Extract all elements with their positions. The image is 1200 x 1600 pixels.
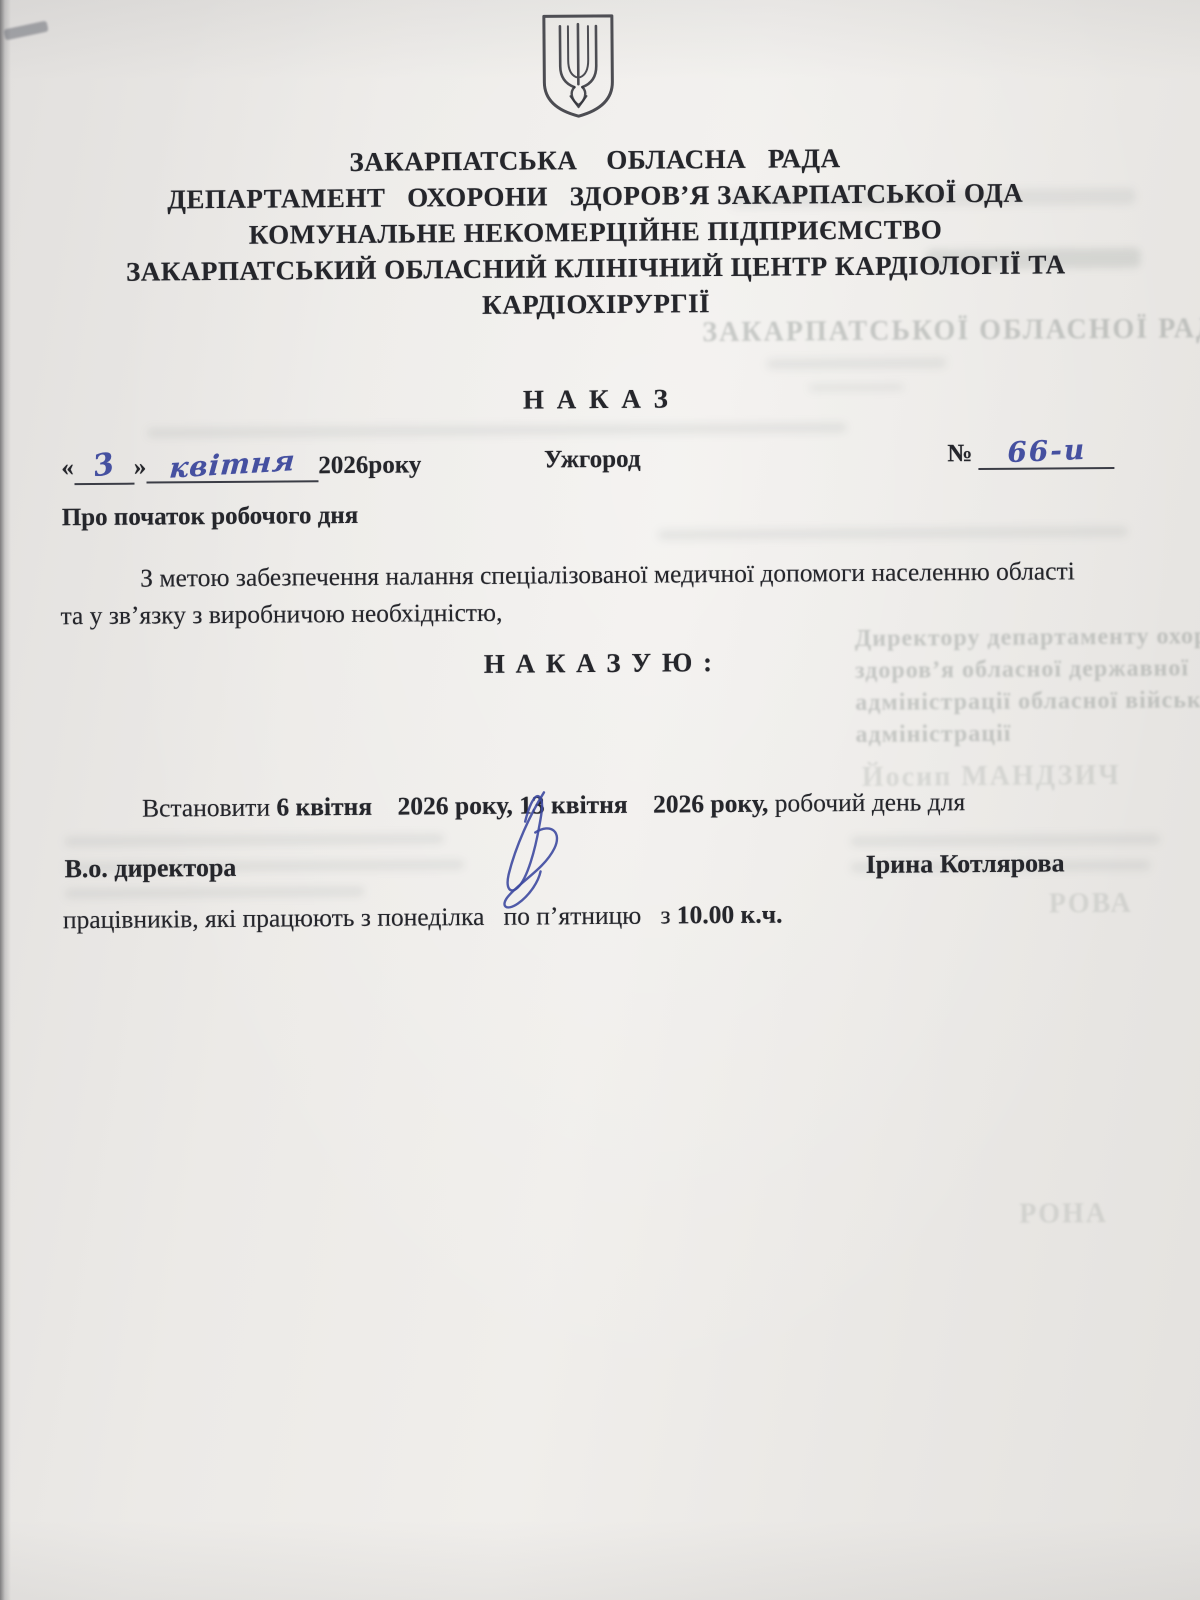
scan-page-edge — [0, 0, 11, 1600]
date-row: «3»квітня2026року Ужгород № 66-и — [0, 431, 1198, 492]
preamble-line: та у зв’язку з виробничою необхідністю, — [60, 589, 1144, 635]
signer-name: Ірина Котлярова — [866, 848, 1065, 880]
order-number-field: № 66-и — [947, 434, 1115, 470]
ukraine-trident-emblem-icon — [538, 12, 619, 121]
number-blank: 66-и — [979, 434, 1115, 470]
preamble: З метою забезпечення налання спеціалізов… — [60, 552, 1145, 635]
signer-position: В.о. директора — [64, 853, 236, 884]
signature-ink-icon — [462, 782, 623, 913]
decree-word: Н А К А З У Ю : — [0, 643, 1199, 683]
order-title: Н А К А З — [0, 379, 1197, 419]
order-subject: Про початок робочого дня — [62, 502, 359, 532]
handwritten-number: 66-и — [1006, 433, 1086, 469]
scanned-order-document: ЗАКАРПАТСЬКОЇ ОБЛАСНОЇ РАДИ Директору де… — [0, 0, 1200, 1600]
number-sign: № — [947, 440, 972, 467]
letterhead: ЗАКАРПАТСЬКА ОБЛАСНА РАДА ДЕПАРТАМЕНТ ОХ… — [0, 137, 1196, 326]
